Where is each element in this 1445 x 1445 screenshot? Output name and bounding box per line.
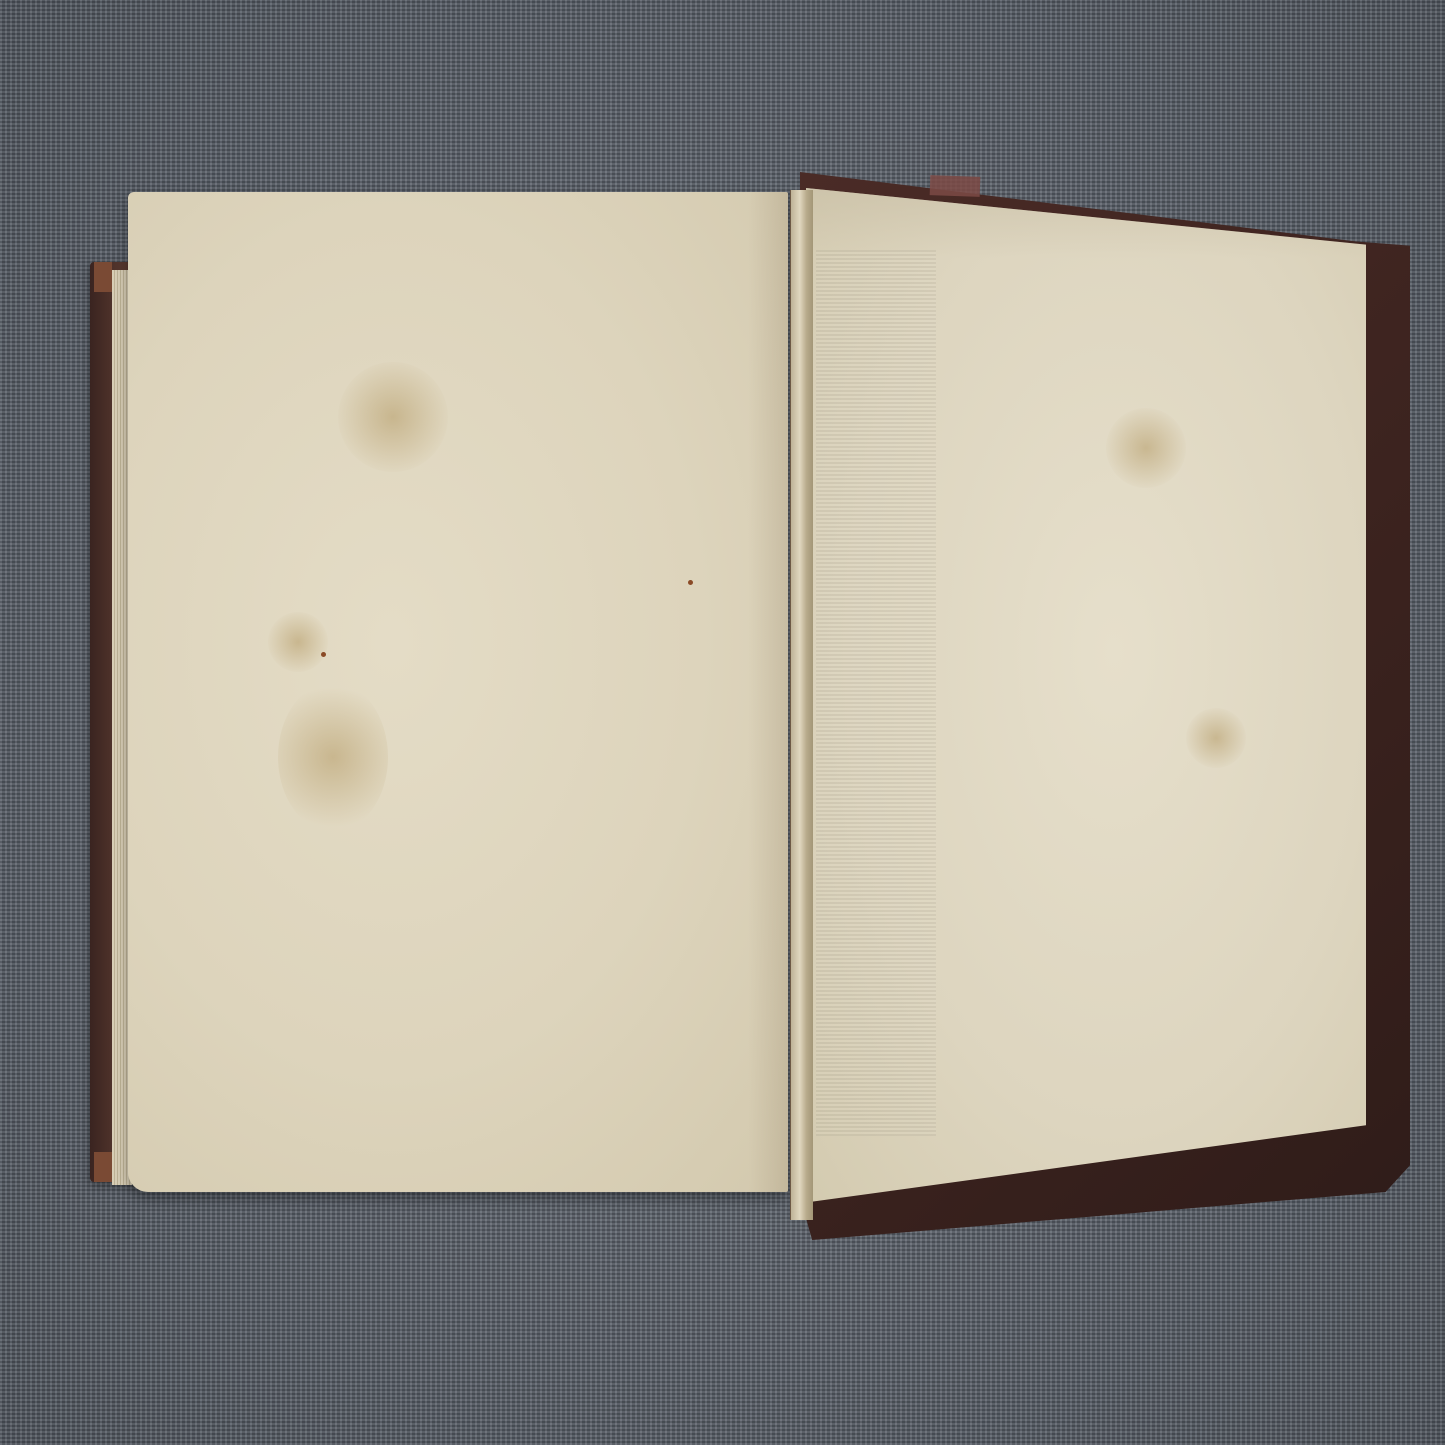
foxing-stain bbox=[268, 612, 328, 672]
ribbed-hinge-texture bbox=[816, 250, 936, 1136]
cover-corner-top bbox=[94, 262, 112, 292]
foxing-stain bbox=[338, 362, 448, 472]
cover-corner-bottom bbox=[94, 1152, 112, 1182]
page-gutter-shadow bbox=[748, 192, 788, 1192]
foxing-stain bbox=[278, 682, 388, 832]
fox-spot bbox=[321, 652, 326, 657]
left-page bbox=[128, 192, 788, 1192]
foxing-stain bbox=[1186, 708, 1246, 768]
headband bbox=[930, 175, 981, 197]
spine-hinge bbox=[790, 190, 813, 1220]
fox-spot bbox=[688, 580, 693, 585]
right-pastedown bbox=[806, 188, 1366, 1218]
foxing-stain bbox=[1106, 408, 1186, 488]
